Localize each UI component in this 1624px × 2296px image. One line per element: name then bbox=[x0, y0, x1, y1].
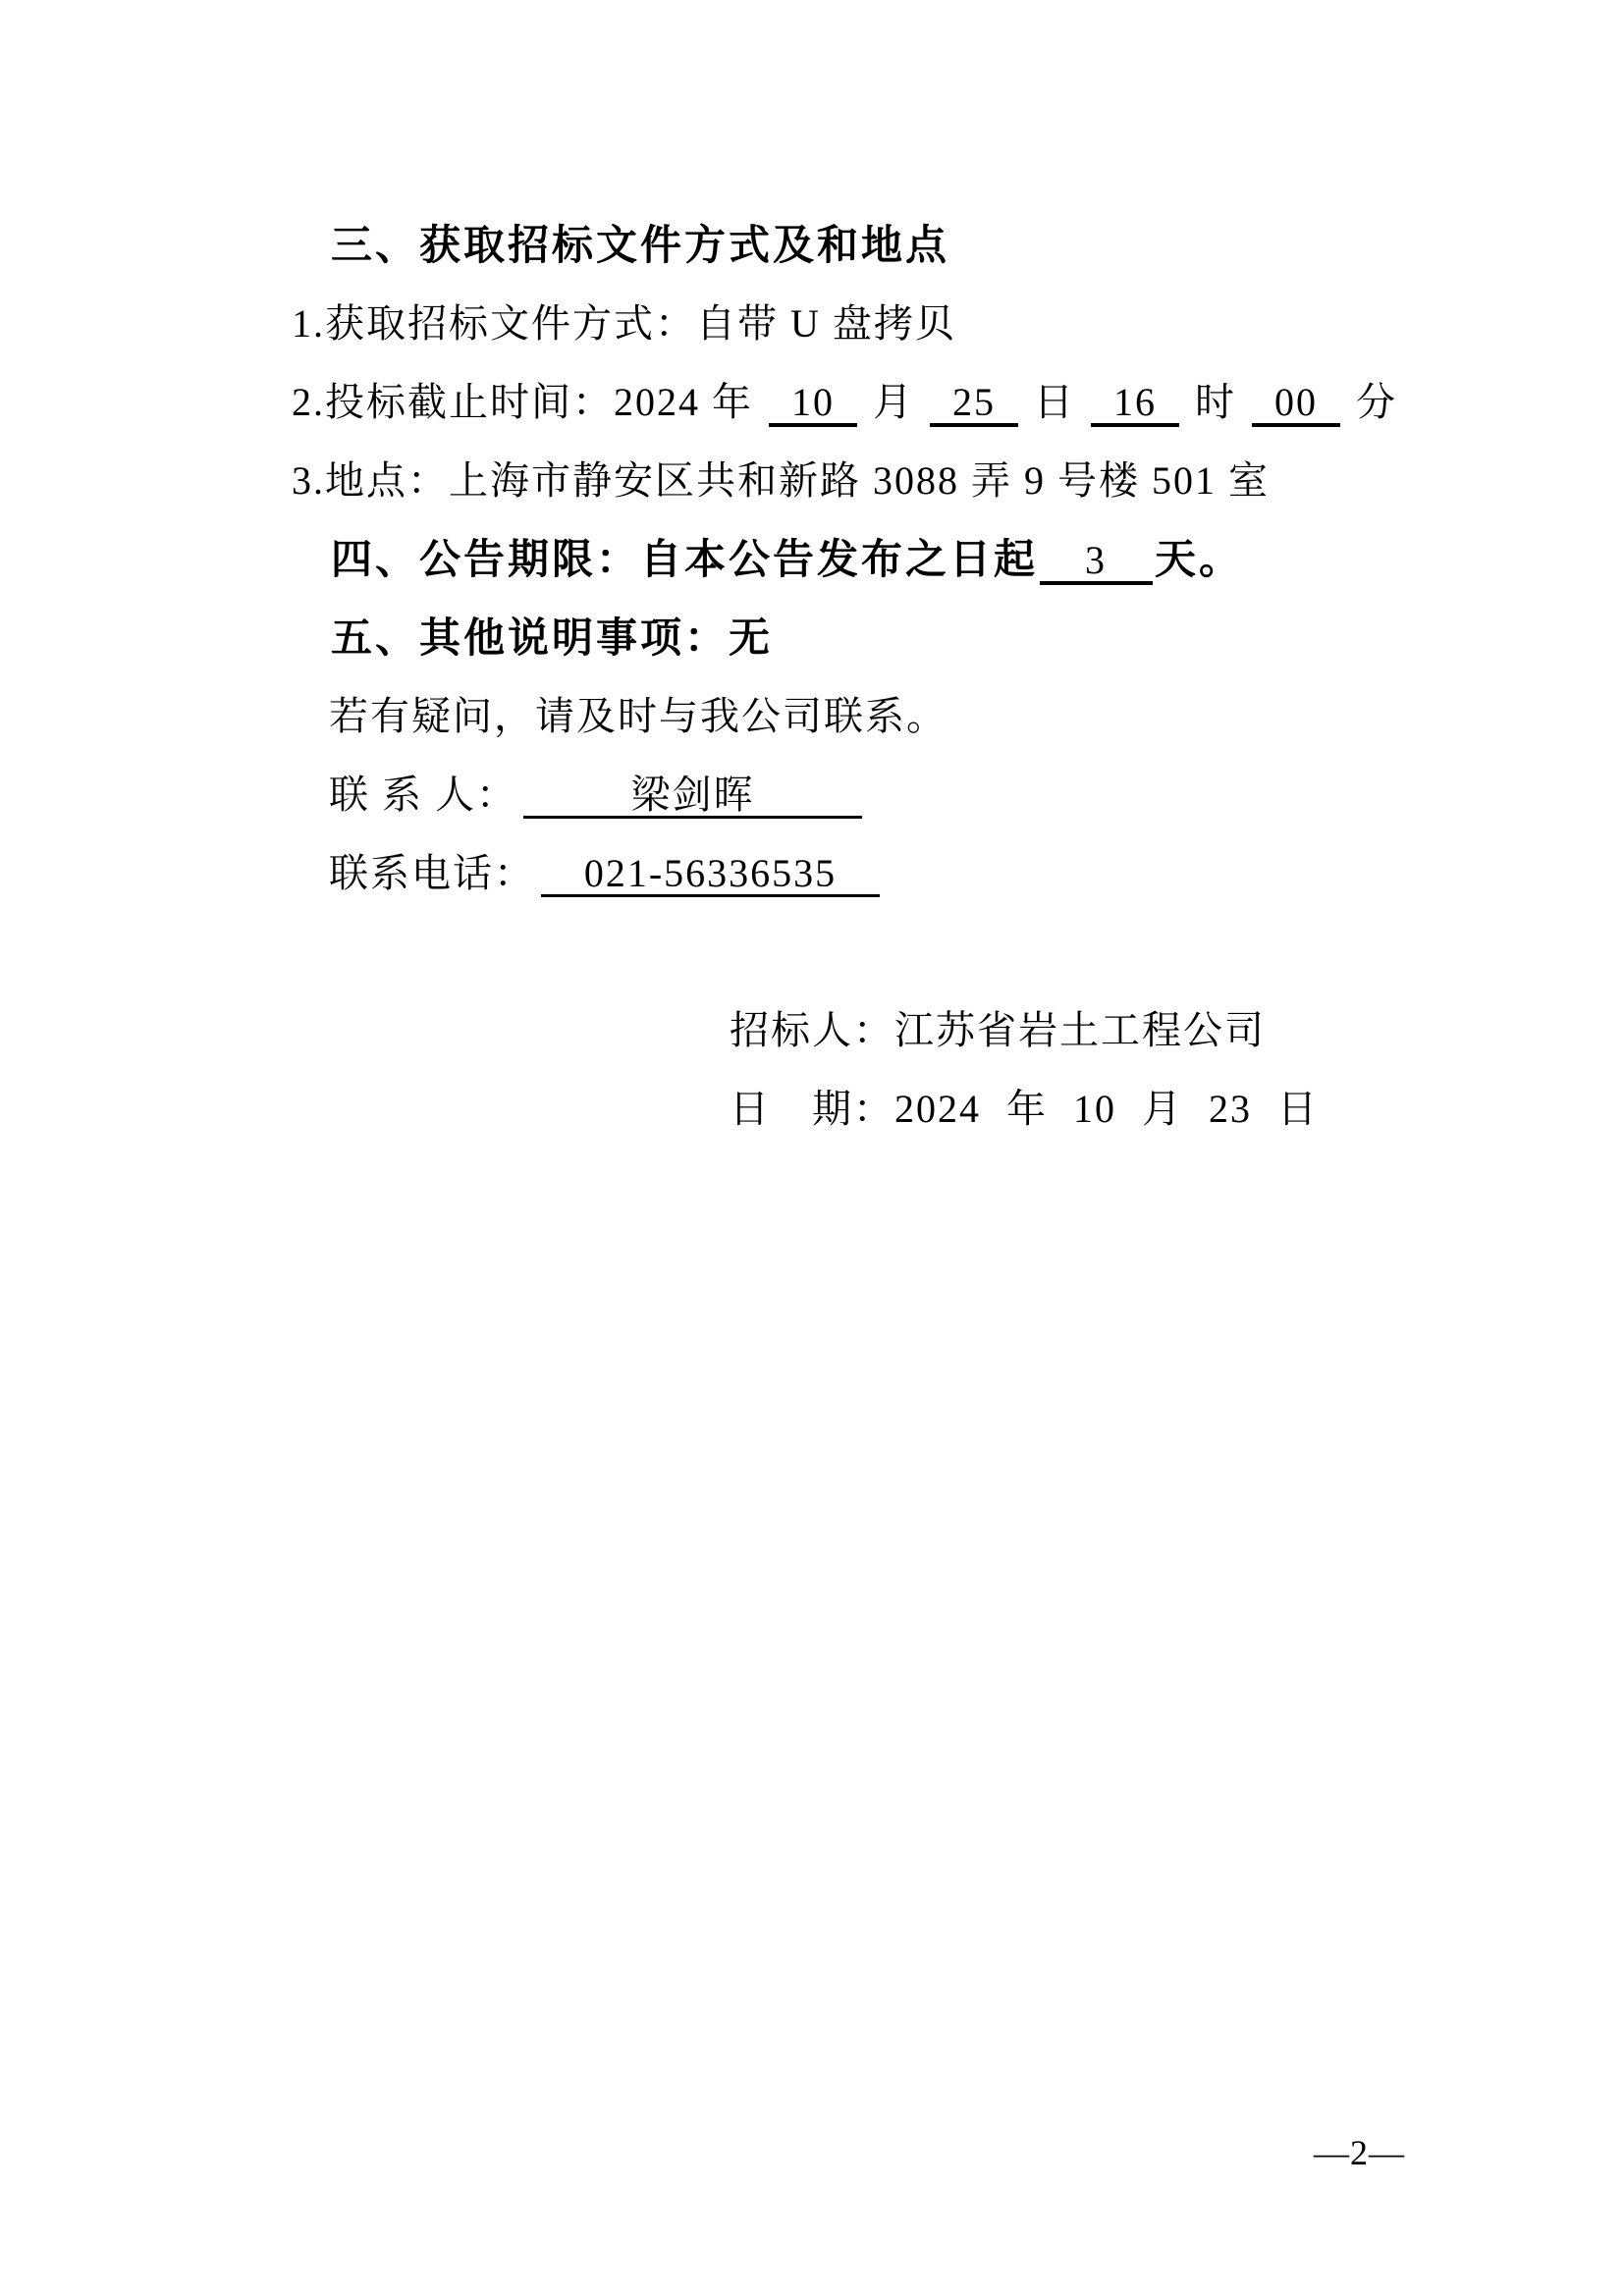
section-3-item-3: 3.地点：上海市静安区共和新路 3088 弄 9 号楼 501 室 bbox=[292, 442, 1372, 520]
deadline-day-blank: 25 bbox=[930, 382, 1018, 427]
deadline-prefix: 2.投标截止时间：2024 年 bbox=[292, 380, 753, 424]
section-5-heading: 五、其他说明事项：无 bbox=[292, 599, 1372, 677]
document-page: 三、获取招标文件方式及和地点 1.获取招标文件方式：自带 U 盘拷贝 2.投标截… bbox=[0, 0, 1624, 2296]
deadline-minute-blank: 00 bbox=[1252, 382, 1340, 427]
section-4-heading: 四、公告期限：自本公告发布之日起3天。 bbox=[292, 520, 1372, 599]
announcement-days-blank: 3 bbox=[1040, 540, 1153, 585]
blank-line bbox=[292, 913, 1372, 991]
deadline-month-blank: 10 bbox=[769, 382, 857, 427]
announcement-period-prefix: 四、公告期限：自本公告发布之日起 bbox=[331, 536, 1038, 582]
deadline-hour-blank: 16 bbox=[1091, 382, 1179, 427]
deadline-month-unit: 月 bbox=[873, 380, 914, 424]
contact-phone-line: 联系电话：021-56336535 bbox=[292, 834, 1372, 913]
deadline-hour-unit: 时 bbox=[1195, 380, 1236, 424]
contact-person-label: 联 系 人： bbox=[329, 773, 517, 817]
signature-date-label: 日 期： bbox=[730, 1087, 894, 1131]
signature-date-value: 2024 年 10 月 23 日 bbox=[894, 1087, 1319, 1131]
contact-phone-label: 联系电话： bbox=[329, 851, 535, 895]
contact-note: 若有疑问，请及时与我公司联系。 bbox=[292, 677, 1372, 756]
contact-person-line: 联 系 人：梁剑晖 bbox=[292, 756, 1372, 834]
signature-date-line: 日 期：2024 年 10 月 23 日 bbox=[730, 1070, 1372, 1148]
tenderer-value: 江苏省岩土工程公司 bbox=[894, 1008, 1266, 1052]
page-number: —2— bbox=[1314, 2132, 1405, 2173]
deadline-day-unit: 日 bbox=[1034, 380, 1075, 424]
tenderer-line: 招标人：江苏省岩土工程公司 bbox=[730, 991, 1372, 1070]
section-3-item-2: 2.投标截止时间：2024 年 10 月 25 日 16 时 00 分 bbox=[292, 363, 1372, 442]
announcement-period-suffix: 天。 bbox=[1155, 536, 1243, 582]
tenderer-label: 招标人： bbox=[730, 1008, 894, 1052]
deadline-minute-unit: 分 bbox=[1356, 380, 1397, 424]
document-content: 三、获取招标文件方式及和地点 1.获取招标文件方式：自带 U 盘拷贝 2.投标截… bbox=[292, 206, 1372, 1148]
section-3-item-1: 1.获取招标文件方式：自带 U 盘拷贝 bbox=[292, 285, 1372, 363]
contact-person-value: 梁剑晖 bbox=[523, 774, 862, 819]
contact-phone-value: 021-56336535 bbox=[541, 853, 880, 897]
section-3-heading: 三、获取招标文件方式及和地点 bbox=[292, 206, 1372, 285]
